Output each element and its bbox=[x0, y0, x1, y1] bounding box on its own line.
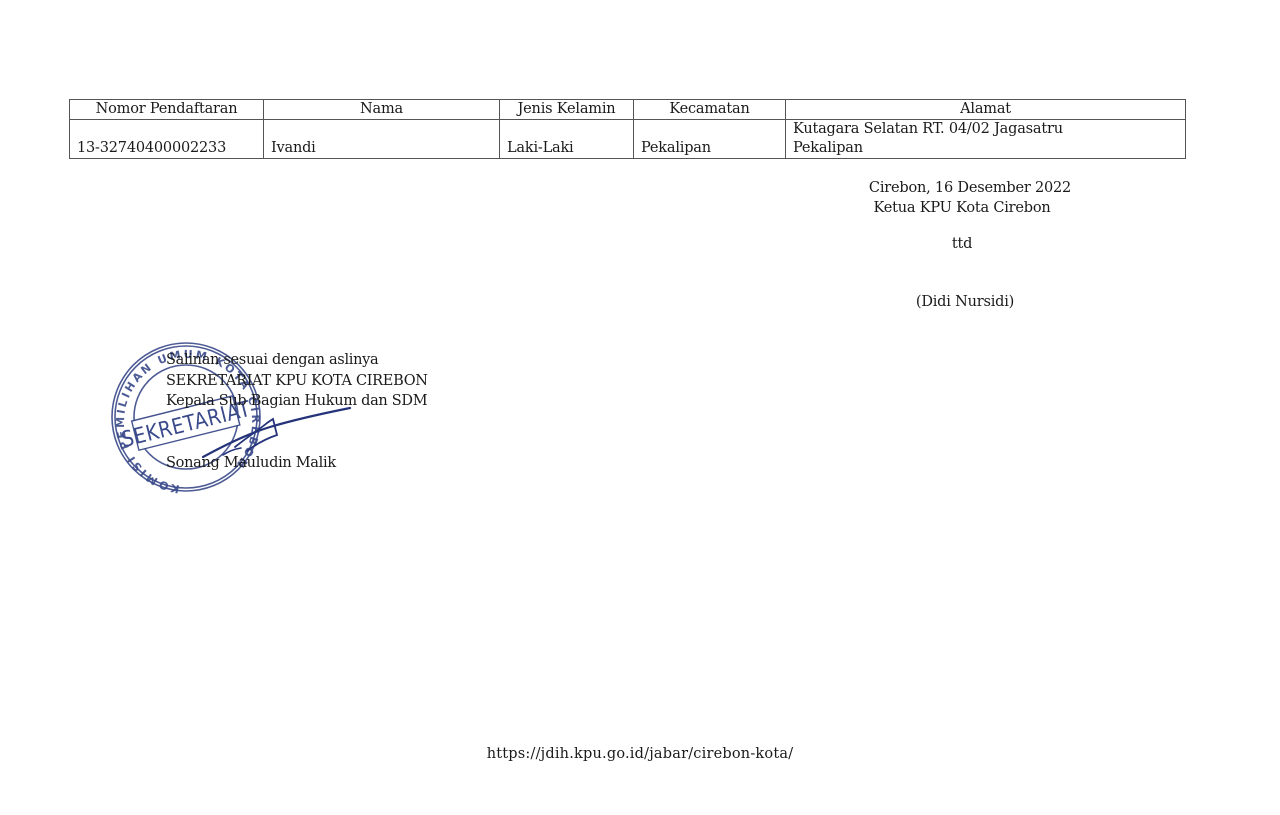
ttd-mark: ttd bbox=[814, 234, 1110, 254]
alamat-line-2: Pekalipan bbox=[793, 139, 1178, 158]
signatory-name: (Didi Nursidi) bbox=[820, 292, 1110, 312]
header-nama: Nama bbox=[264, 100, 500, 120]
cell-alamat: Kutagara Selatan RT. 04/02 Jagasatru Pek… bbox=[786, 120, 1186, 159]
copy-institution: SEKRETARIAT KPU KOTA CIREBON bbox=[166, 371, 428, 392]
candidate-table: Nomor Pendaftaran Nama Jenis Kelamin Kec… bbox=[69, 99, 1186, 159]
signatory-title: Ketua KPU Kota Cirebon bbox=[814, 198, 1110, 218]
cell-nama: Ivandi bbox=[264, 120, 500, 159]
signature-block: Cirebon, 16 Desember 2022 Ketua KPU Kota… bbox=[830, 178, 1110, 312]
handwritten-signature-icon bbox=[195, 405, 355, 465]
footer-url: https://jdih.kpu.go.id/jabar/cirebon-kot… bbox=[0, 746, 1280, 762]
cell-jenis-kelamin: Laki-Laki bbox=[500, 120, 634, 159]
header-nomor-pendaftaran: Nomor Pendaftaran bbox=[70, 100, 264, 120]
cell-kecamatan: Pekalipan bbox=[634, 120, 786, 159]
header-kecamatan: Kecamatan bbox=[634, 100, 786, 120]
header-jenis-kelamin: Jenis Kelamin bbox=[500, 100, 634, 120]
table-row: 13-32740400002233 Ivandi Laki-Laki Pekal… bbox=[70, 120, 1186, 159]
table-header-row: Nomor Pendaftaran Nama Jenis Kelamin Kec… bbox=[70, 100, 1186, 120]
header-alamat: Alamat bbox=[786, 100, 1186, 120]
copy-note: Salinan sesuai dengan aslinya bbox=[166, 350, 428, 371]
cell-nomor-pendaftaran: 13-32740400002233 bbox=[70, 120, 264, 159]
alamat-line-1: Kutagara Selatan RT. 04/02 Jagasatru bbox=[793, 120, 1178, 139]
place-date: Cirebon, 16 Desember 2022 bbox=[830, 178, 1110, 198]
